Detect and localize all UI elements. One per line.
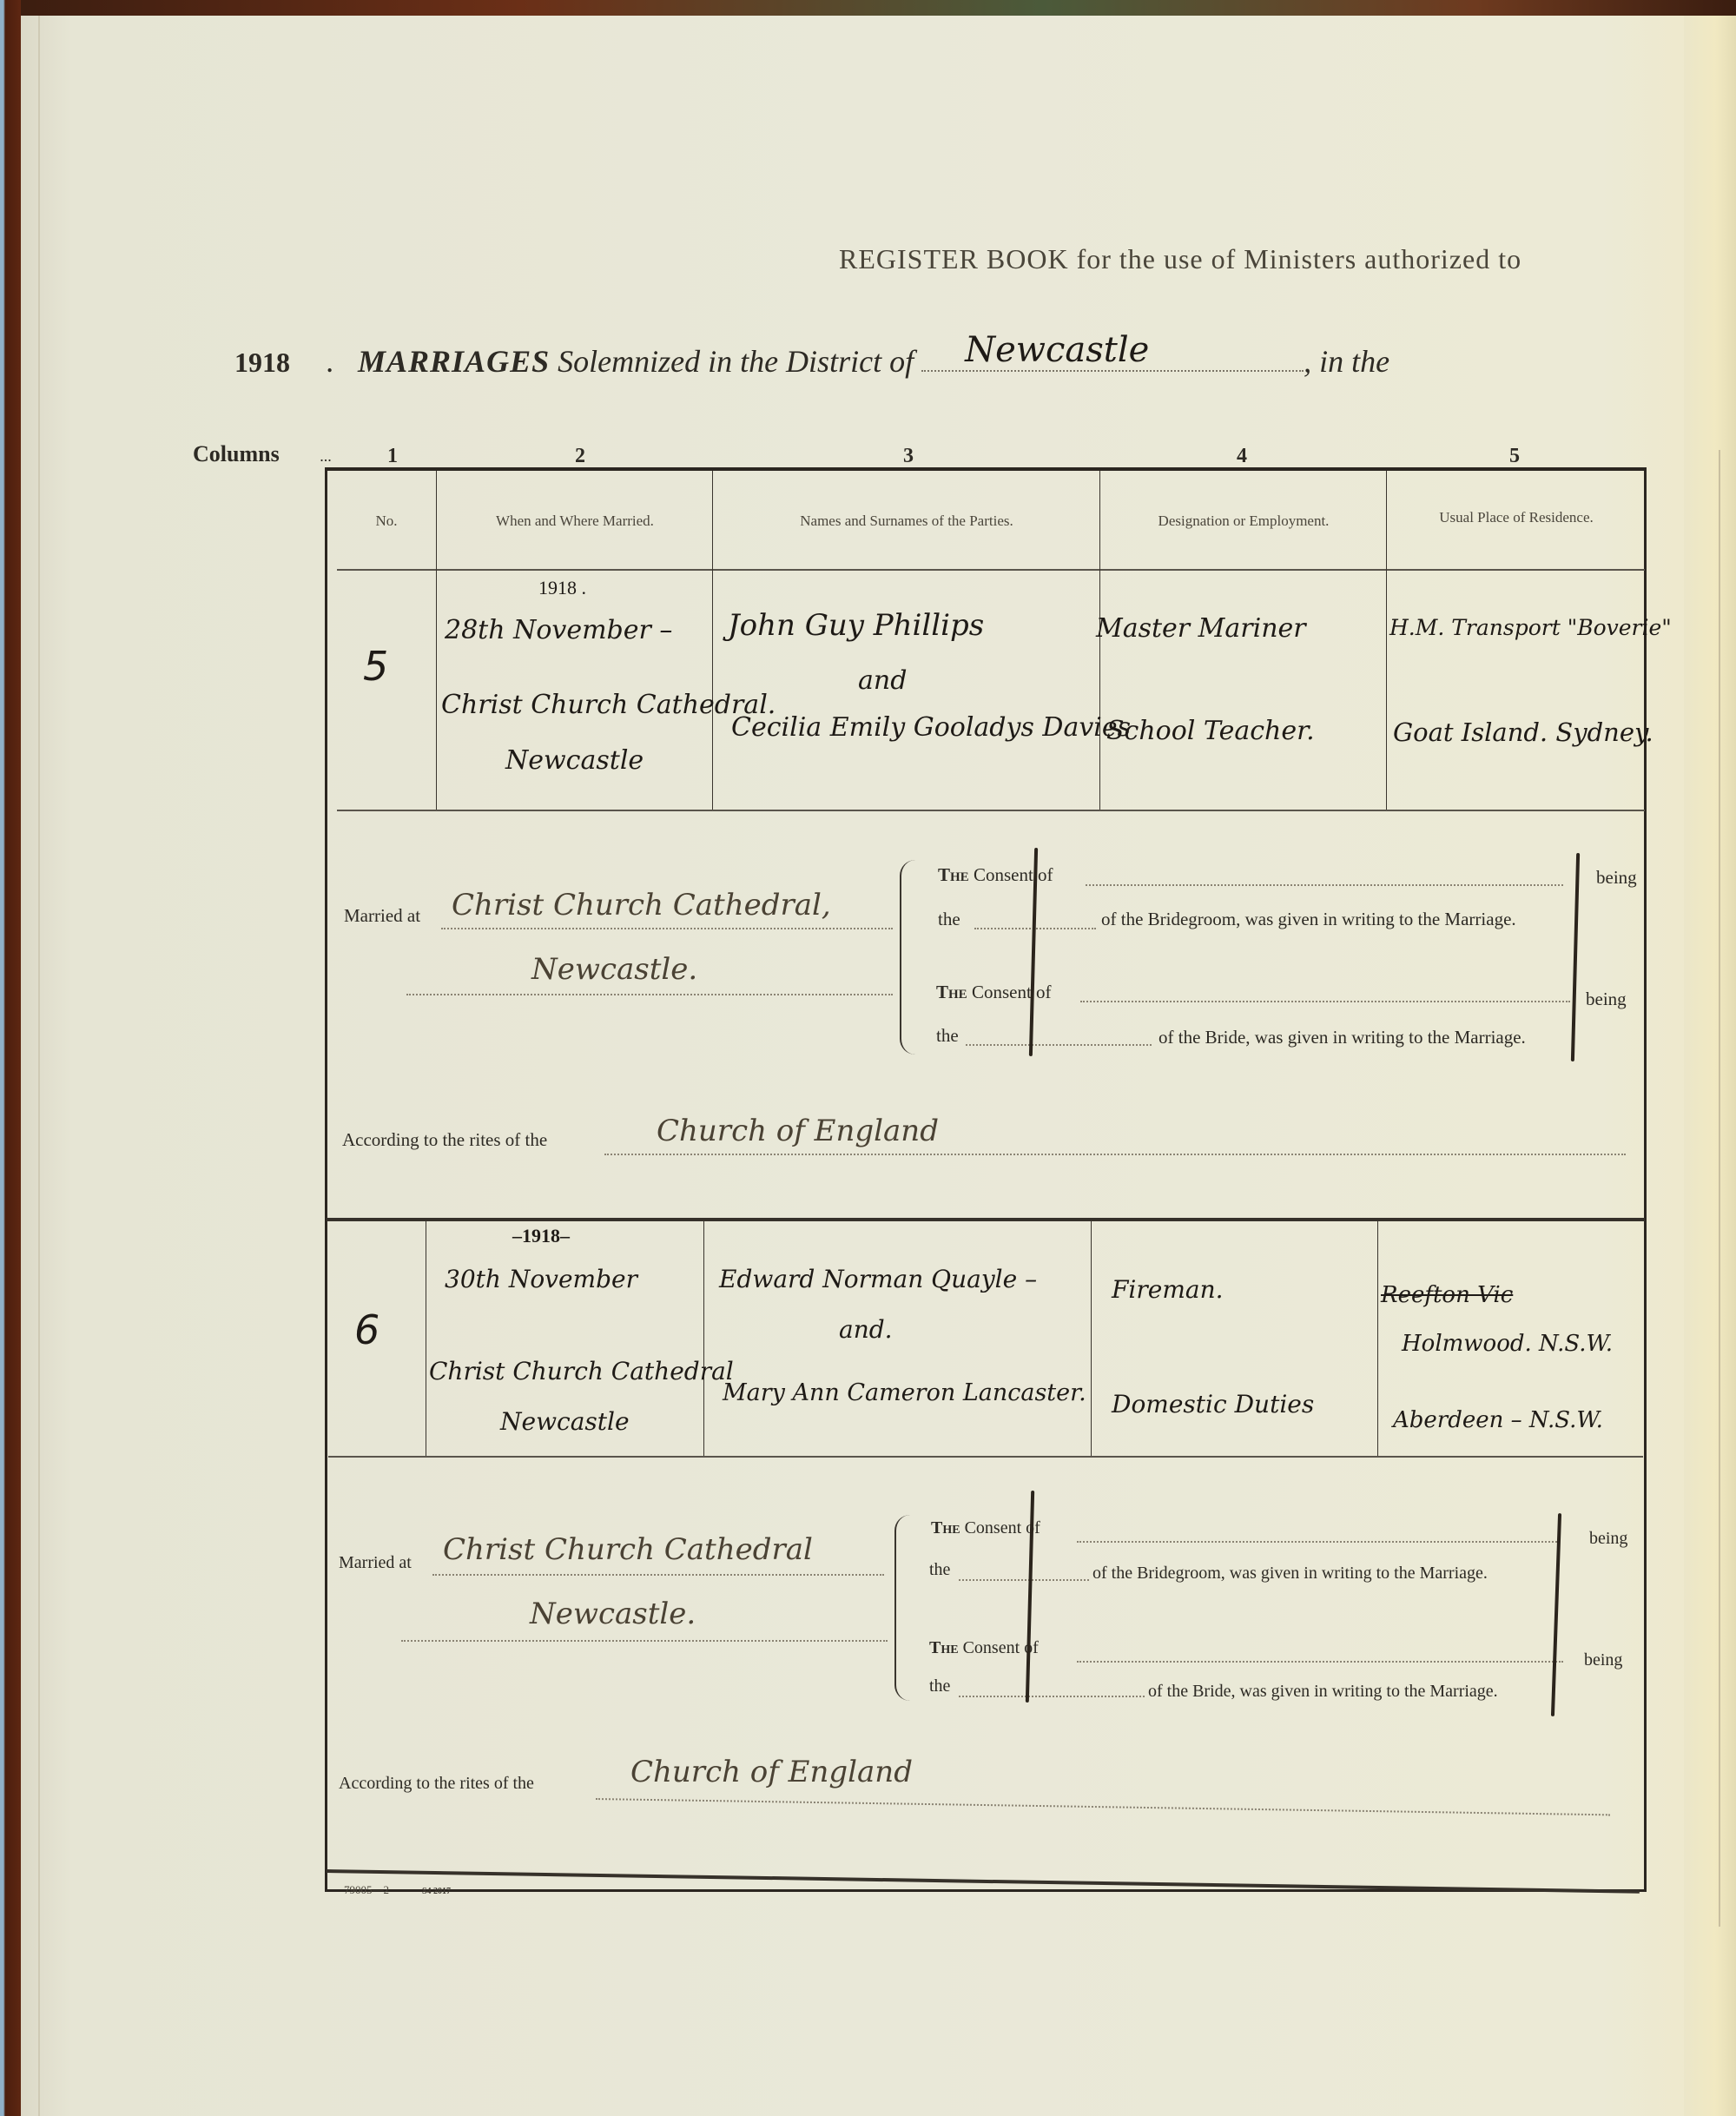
entry-5-married-at-line2: [406, 994, 893, 995]
column-header-residence: Usual Place of Residence.: [1388, 509, 1645, 526]
entry-6-married-at-line2: [401, 1640, 888, 1642]
entry-5-bride-occupation: School Teacher.: [1106, 716, 1315, 746]
column-header-no: No.: [339, 512, 434, 530]
entry-5-row-divider: [337, 810, 1645, 811]
entry-5-rites-line: [604, 1154, 1626, 1155]
entry-5-groom-residence: H.M. Transport "Boverie": [1389, 615, 1672, 640]
column-number-3: 3: [903, 445, 914, 468]
entry-6-rites-label: According to the rites of the: [339, 1774, 534, 1794]
entry-5-married-at-city: Newcastle.: [531, 952, 697, 987]
entry-divider: [327, 1218, 1645, 1221]
entry-5-number: 5: [363, 643, 388, 690]
entry-5-rites-value: Church of England: [657, 1114, 939, 1148]
title-dot: .: [327, 344, 350, 379]
column-header-names: Names and Surnames of the Parties.: [714, 512, 1099, 530]
entry-5-year: 1918 .: [538, 577, 586, 599]
column-number-5: 5: [1509, 445, 1520, 468]
form-code: 79005—2: [344, 1883, 389, 1897]
entry-6-groom-consent-text: of the Bridegroom, was given in writing …: [1092, 1564, 1488, 1584]
entry-6-place-city: Newcastle: [500, 1407, 630, 1436]
column-header-designation: Designation or Employment.: [1101, 512, 1386, 530]
entry-5-and: and: [858, 665, 907, 696]
entry-5-groom-being: being: [1596, 867, 1637, 889]
entry-6-bride-occupation: Domestic Duties: [1112, 1390, 1314, 1418]
entry-6-col-divider-4: [1377, 1221, 1378, 1456]
entry-5-bride-the: the: [936, 1025, 959, 1047]
entry-6-bride-the: the: [929, 1676, 950, 1696]
entry-6-row-divider: [328, 1456, 1643, 1458]
marriages-title-line: 1918. MARRIAGES Solemnized in the Distri…: [234, 343, 1389, 380]
district-value: Newcastle: [965, 330, 1149, 370]
entry-6-col-divider-1: [426, 1221, 426, 1456]
entry-6-bride-consent-text: of the Bride, was given in writing to th…: [1148, 1682, 1498, 1702]
district-field: Newcastle: [921, 346, 1304, 372]
entry-6-number: 6: [354, 1306, 380, 1353]
entry-5-consent-brace: [900, 860, 915, 1055]
entry-6-bride-relation-field: [959, 1696, 1145, 1697]
entry-6-place: Christ Church Cathedral: [429, 1357, 734, 1385]
title-suffix: , in the: [1304, 344, 1389, 379]
entry-6-bride-name: Mary Ann Cameron Lancaster.: [723, 1379, 1086, 1406]
entry-6-consent-brace: [894, 1515, 910, 1701]
entry-5-bride-residence: Goat Island. Sydney.: [1393, 717, 1653, 747]
entry-6-groom-consent-line: The Consent of: [931, 1518, 1040, 1538]
entry-6-groom-the: the: [929, 1560, 950, 1580]
entry-6-married-at-label: Married at: [339, 1553, 412, 1573]
header-row-divider: [337, 569, 1645, 571]
solemnized-label: Solemnized in the District of: [558, 344, 914, 379]
register-year: 1918: [234, 347, 290, 378]
entry-6-groom-relation-field: [959, 1579, 1089, 1581]
column-number-4: 4: [1237, 445, 1247, 468]
entry-5-bride-name: Cecilia Emily Gooladys Davies: [731, 712, 1131, 743]
col-divider-4: [1386, 471, 1387, 810]
entry-5-groom-consent-field: [1086, 884, 1563, 886]
entry-6-date: 30th November: [445, 1265, 637, 1293]
register-table: [325, 467, 1647, 1892]
columns-label: Columns ...: [193, 441, 332, 467]
col-divider-2: [712, 471, 713, 810]
entry-6-groom-residence-struck: Reefton Vic: [1381, 1282, 1513, 1308]
print-code: S4 2017: [422, 1887, 451, 1896]
entry-6-groom-occupation: Fireman.: [1112, 1275, 1224, 1304]
entry-5-bride-relation-field: [966, 1044, 1152, 1046]
column-header-when-where: When and Where Married.: [438, 512, 712, 530]
entry-6-bride-consent-field: [1077, 1661, 1563, 1663]
entry-6-married-at-city: Newcastle.: [530, 1597, 696, 1631]
page-edge: [38, 16, 40, 2116]
entry-6-groom-being: being: [1589, 1529, 1627, 1549]
entry-5-bride-consent-field: [1080, 1001, 1570, 1002]
entry-6-rites-value: Church of England: [630, 1755, 913, 1789]
entry-5-groom-consent-text: of the Bridegroom, was given in writing …: [1101, 909, 1516, 930]
entry-5-place: Christ Church Cathedral.: [441, 690, 776, 720]
entry-6-groom-consent-field: [1077, 1541, 1560, 1543]
entry-5-groom-name: John Guy Phillips: [728, 608, 984, 643]
register-title: REGISTER BOOK for the use of Ministers a…: [839, 243, 1521, 275]
entry-6-married-at-line: [432, 1574, 884, 1576]
entry-5-married-at-value: Christ Church Cathedral,: [452, 888, 831, 922]
page-gutter: [1684, 16, 1736, 2116]
entry-6-married-at-value: Christ Church Cathedral: [443, 1532, 813, 1567]
entry-6-year: –1918–: [512, 1225, 570, 1247]
entry-6-groom-residence: Holmwood. N.S.W.: [1402, 1331, 1613, 1357]
entry-6-col-divider-2: [703, 1221, 704, 1456]
entry-6-and: and.: [839, 1315, 893, 1344]
entry-6-groom-name: Edward Norman Quayle –: [719, 1265, 1037, 1293]
entry-5-bride-being: being: [1586, 989, 1627, 1010]
entry-6-bride-being: being: [1584, 1650, 1622, 1670]
entry-5-groom-occupation: Master Mariner: [1096, 613, 1306, 644]
book-cover-left: [0, 0, 21, 2116]
col-divider-1: [436, 471, 437, 810]
entry-5-married-at-line: [441, 928, 893, 929]
column-number-2: 2: [575, 445, 585, 468]
entry-6-bride-consent-line: The Consent of: [929, 1638, 1039, 1658]
entry-5-bride-consent-text: of the Bride, was given in writing to th…: [1158, 1027, 1526, 1048]
entry-5-married-at-label: Married at: [344, 905, 420, 927]
column-number-1: 1: [387, 445, 398, 468]
marriages-label: MARRIAGES: [358, 344, 550, 379]
entry-5-place-city: Newcastle: [505, 745, 644, 776]
entry-6-bride-residence: Aberdeen – N.S.W.: [1393, 1407, 1603, 1433]
entry-5-rites-label: According to the rites of the: [342, 1129, 547, 1151]
gutter-line: [1719, 450, 1720, 1927]
entry-5-date: 28th November –: [445, 615, 672, 645]
entry-5-groom-the: the: [938, 909, 960, 930]
entry-6-col-divider-3: [1091, 1221, 1092, 1456]
